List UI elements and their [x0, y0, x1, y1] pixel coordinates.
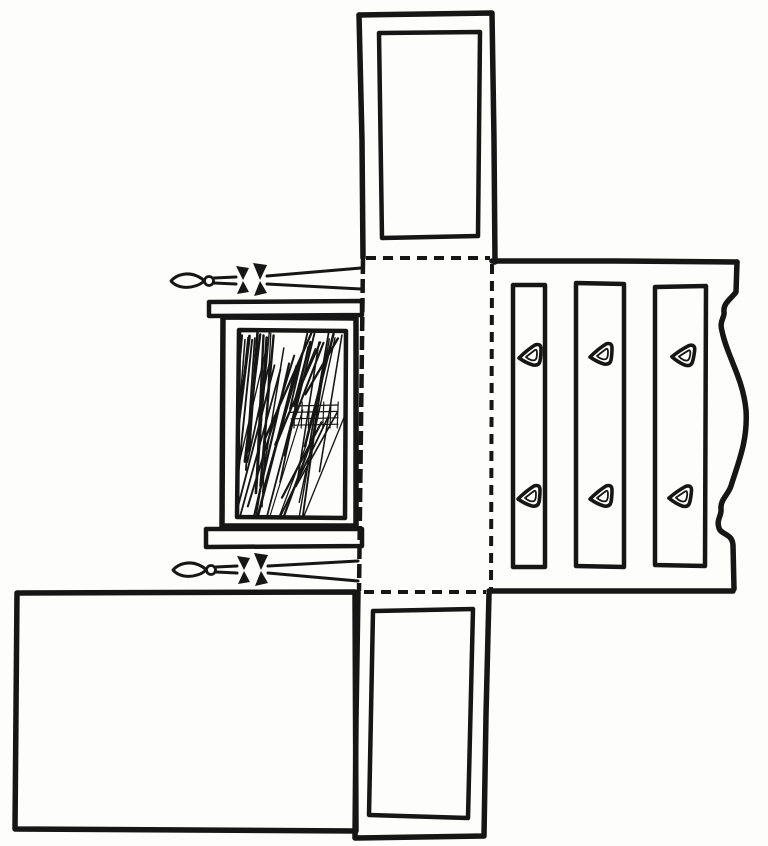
pin-flange [254, 553, 268, 570]
mirror-bottom-rail [206, 529, 362, 547]
top-flap [359, 13, 495, 262]
fold-line-right [491, 264, 492, 590]
drawer-side-top-edge [492, 261, 737, 262]
pin-flange [237, 556, 250, 570]
pin-point-top [171, 274, 204, 287]
top-flap-inner-panel [379, 32, 480, 238]
mirror-frame [222, 317, 356, 526]
drawer-strip-right [655, 286, 706, 566]
fold-lines [359, 258, 492, 592]
pattern-sheet [0, 0, 768, 846]
base-panel [15, 592, 356, 831]
pin-flange [253, 263, 267, 280]
top-flap-left-edge [359, 15, 363, 258]
bottom-flap-inner-panel [369, 609, 473, 818]
drawer-knob [519, 345, 541, 366]
drawer-side-scrolled-edge [718, 262, 746, 589]
pattern-drawing [0, 0, 768, 846]
drawer-knob [590, 344, 612, 365]
bottom-flap [356, 594, 489, 838]
drawer-strip-middle [576, 283, 624, 567]
drawer-strip-left [513, 285, 545, 567]
drawer-knob [668, 485, 691, 507]
pin-slot-line [267, 284, 361, 289]
pin-flange [236, 266, 249, 280]
drawer-knob [590, 486, 612, 507]
mirror-assembly [206, 301, 362, 547]
pin-loop-top [205, 277, 214, 286]
drawer-knob [518, 486, 540, 507]
pin-point-bottom [173, 563, 206, 576]
pin-slot-line [268, 561, 358, 566]
drawer-side [489, 261, 746, 591]
drawer-knob [671, 343, 695, 366]
pin-loop-bottom [207, 566, 216, 575]
hat-pin-top [171, 263, 361, 296]
mirror-top-rail [209, 301, 362, 316]
mirror-glass-hatching [228, 333, 345, 518]
base-panel-outline [15, 592, 356, 831]
pin-slot-line [268, 573, 358, 581]
hat-pin-bottom [173, 553, 358, 586]
pin-slot-line [267, 268, 361, 276]
